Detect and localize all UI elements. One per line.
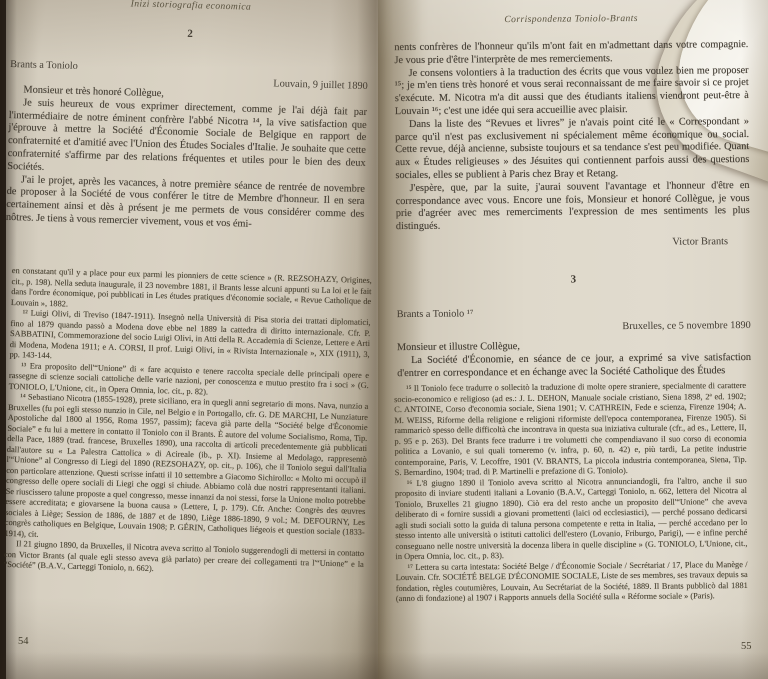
letter-paragraph: J'espère, que, par la suite, j'aurai sou… xyxy=(396,180,750,234)
dateline: Bruxelles, ce 5 novembre 1890 xyxy=(397,320,751,335)
signature: Victor Brants xyxy=(396,236,750,250)
letter-paragraph: Dans la liste des “Revues et livres” je … xyxy=(395,116,750,183)
footnote: ¹⁴ Sebastiano Nicotra (1855-1928), prete… xyxy=(4,392,368,549)
page-number: 55 xyxy=(741,641,752,652)
letter-number: 2 xyxy=(11,23,369,46)
footnote: ¹⁶ L'8 giugno 1890 il Toniolo aveva scri… xyxy=(395,475,748,562)
page-number: 54 xyxy=(18,636,29,647)
running-head: Corrispondenza Toniolo-Brants xyxy=(394,12,748,26)
letter-paragraph: Je suis heureux de vous exprimer directe… xyxy=(7,97,367,184)
footnote: ¹⁷ Lettera su carta intestata: Société B… xyxy=(396,559,748,604)
left-page-text-block: Inizi storiografia economica 2 Brants a … xyxy=(6,0,370,235)
right-page-text-block: Corrispondenza Toniolo-Brants nents conf… xyxy=(394,6,751,380)
footnote: ¹⁵ Il Toniolo fece tradurre o sollecitò … xyxy=(394,381,747,479)
left-page-footnotes: en constatant qu'il y a place pour eux p… xyxy=(3,266,371,580)
letter-number: 3 xyxy=(396,272,750,288)
right-page-footnotes: ¹⁵ Il Toniolo fece tradurre o sollecitò … xyxy=(394,381,748,605)
letter-label: Brants a Toniolo ¹⁷ xyxy=(397,306,751,321)
open-book-photo: Inizi storiografia economica 2 Brants a … xyxy=(0,0,768,679)
letter-paragraph: J'ai le projet, après les vacances, à no… xyxy=(6,174,365,235)
letter-paragraph: nents confrères de l'honneur qu'ils m'on… xyxy=(394,39,748,68)
letter-paragraph: Je consens volontiers à la traduction de… xyxy=(395,65,749,119)
letter-paragraph: La Société d'Économie, en séance de ce j… xyxy=(397,352,751,381)
